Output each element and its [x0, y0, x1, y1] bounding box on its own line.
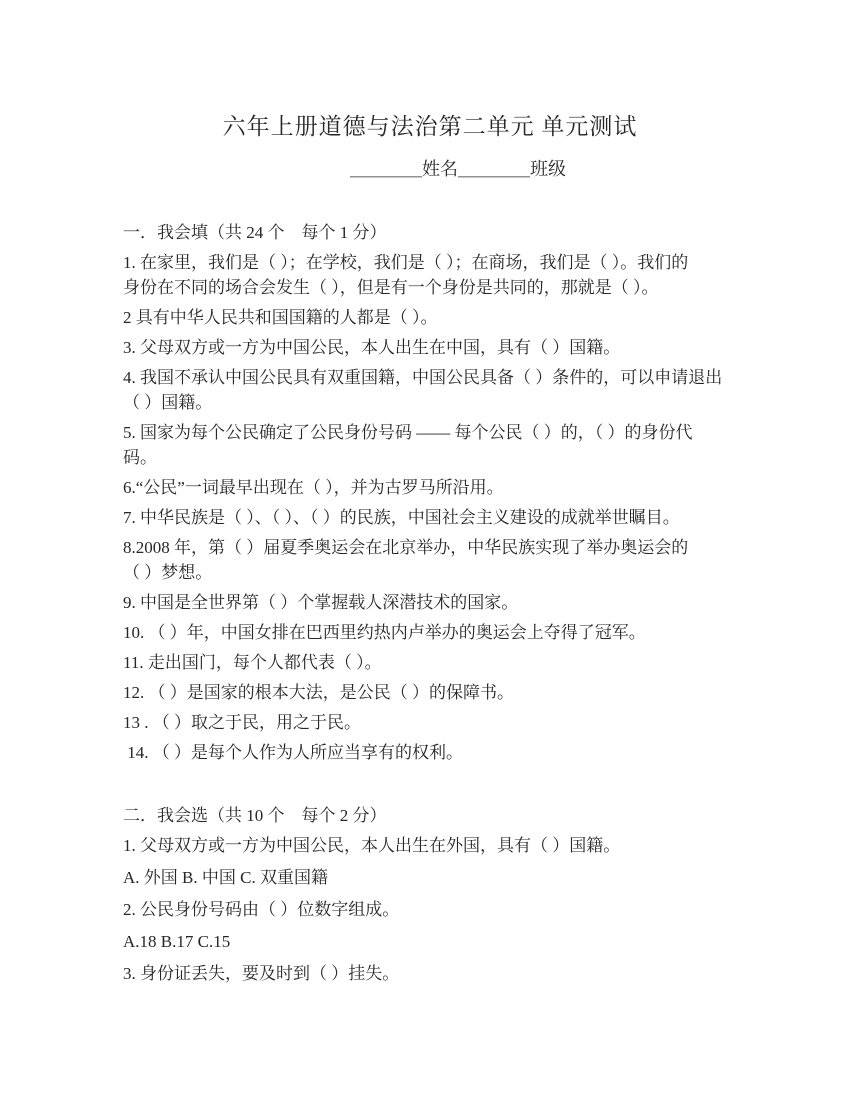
section-fill-in-blanks: 一．我会填（共 24 个 每个 1 分） 1. 在家里，我们是（ ）；在学校，我…: [123, 220, 737, 765]
s1-question-10: 10. （ ）年，中国女排在巴西里约热内卢举办的奥运会上夺得了冠军。: [123, 620, 737, 645]
s1-question-7: 7. 中华民族是（ ）、（ ）、（ ）的民族，中国社会主义建设的成就举世瞩目。: [123, 505, 737, 530]
s1-question-11: 11. 走出国门，每个人都代表（ ）。: [123, 650, 737, 675]
s1-question-8: 8.2008 年，第（ ）届夏季奥运会在北京举办，中华民族实现了举办奥运会的 （…: [123, 535, 737, 585]
s1-question-4: 4. 我国不承认中国公民具有双重国籍，中国公民具备（ ）条件的，可以申请退出 （…: [123, 365, 737, 415]
name-class-line: ＿＿＿＿姓名＿＿＿＿班级: [123, 156, 737, 182]
s2-options-1: A. 外国 B. 中国 C. 双重国籍: [123, 865, 737, 890]
s1-question-13: 13 . （ ）取之于民，用之于民。: [123, 710, 737, 735]
s1-question-6: 6.“公民”一词最早出现在（ ），并为古罗马所沿用。: [123, 475, 737, 500]
section-one-heading: 一．我会填（共 24 个 每个 1 分）: [123, 220, 737, 245]
s2-question-2: 2. 公民身份号码由（ ）位数字组成。: [123, 897, 737, 922]
document-page: 六年上册道德与法治第二单元 单元测试 ＿＿＿＿姓名＿＿＿＿班级 一．我会填（共 …: [0, 0, 850, 1100]
section-two-heading: 二．我会选（共 10 个 每个 2 分）: [123, 803, 737, 828]
s1-question-2: 2 具有中华人民共和国国籍的人都是（ ）。: [123, 305, 737, 330]
s2-question-3: 3. 身份证丢失，要及时到（ ）挂失。: [123, 961, 737, 986]
s1-question-12: 12. （ ）是国家的根本大法，是公民（ ）的保障书。: [123, 680, 737, 705]
document-title: 六年上册道德与法治第二单元 单元测试: [123, 112, 737, 142]
s1-question-5: 5. 国家为每个公民确定了公民身份号码 —— 每个公民（ ）的，（ ）的身份代 …: [123, 420, 737, 470]
s1-question-14: 14. （ ）是每个人作为人所应当享有的权利。: [123, 740, 737, 765]
section-multiple-choice: 二．我会选（共 10 个 每个 2 分） 1. 父母双方或一方为中国公民，本人出…: [123, 803, 737, 986]
s1-question-3: 3. 父母双方或一方为中国公民，本人出生在中国，具有（ ）国籍。: [123, 335, 737, 360]
s2-question-1: 1. 父母双方或一方为中国公民，本人出生在外国，具有（ ）国籍。: [123, 833, 737, 858]
s2-options-2: A.18 B.17 C.15: [123, 929, 737, 954]
s1-question-9: 9. 中国是全世界第（ ）个掌握载人深潜技术的国家。: [123, 590, 737, 615]
s1-question-1: 1. 在家里，我们是（ ）；在学校，我们是（ ）；在商场，我们是（ ）。我们的 …: [123, 250, 737, 300]
